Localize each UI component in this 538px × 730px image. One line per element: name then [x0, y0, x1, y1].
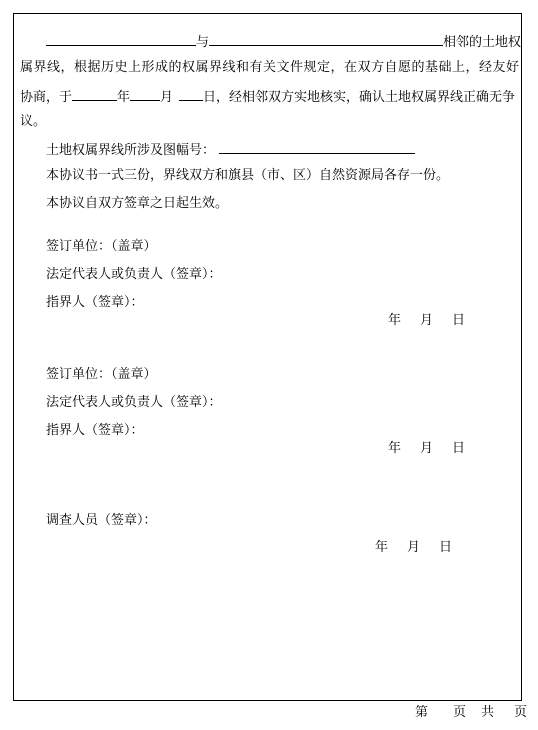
map-sheet-number-blank[interactable] [219, 140, 415, 154]
date-month-label: 月 [420, 312, 433, 327]
legal-representative-label: 法定代表人或负责人（签章）： [46, 394, 521, 409]
copies-clause: 本协议书一式三份，界线双方和旗县（市、区）自然资源局各存一份。 [46, 167, 521, 182]
total-prefix: 共 [481, 704, 494, 719]
party-b-name-blank[interactable] [209, 32, 443, 46]
party-a-name-blank[interactable] [46, 32, 196, 46]
para1-line1: 与 相邻的土地权 [20, 32, 521, 49]
date-day-label: 日 [452, 312, 465, 327]
para1-line3-tail: 日，经相邻双方实地核实，确认土地权属界线正确无争 [203, 89, 515, 104]
page-prefix: 第 [415, 704, 428, 719]
agreement-year-blank[interactable] [72, 87, 117, 101]
month-label: 月 [160, 89, 173, 104]
legal-representative-label: 法定代表人或负责人（签章）： [46, 266, 521, 281]
investigator-label: 调查人员（签章）： [46, 512, 521, 527]
date-year-label: 年 [375, 539, 388, 554]
page-number-footer: 第 页 共 页 [415, 704, 527, 719]
date-day-label: 日 [452, 440, 465, 455]
signing-unit-label: 签订单位：（盖章） [46, 366, 521, 381]
map-sheet-label: 土地权属界线所涉及图幅号： [46, 142, 215, 157]
date-month-label: 月 [407, 539, 420, 554]
agreement-form-page: 与 相邻的土地权 属界线，根据历史上形成的权属界线和有关文件规定，在双方自愿的基… [0, 0, 538, 730]
date-year-label: 年 [388, 440, 401, 455]
date-line: 年 月 日 [375, 539, 452, 554]
total-word: 页 [514, 704, 527, 719]
date-day-label: 日 [439, 539, 452, 554]
date-line: 年 月 日 [388, 312, 465, 327]
para1-line3: 协商，于 年 月 日，经相邻双方实地核实，确认土地权属界线正确无争 [20, 87, 521, 104]
map-sheet-line: 土地权属界线所涉及图幅号： [46, 140, 521, 157]
effective-clause: 本协议自双方签章之日起生效。 [46, 195, 521, 210]
para1-line2: 属界线，根据历史上形成的权属界线和有关文件规定，在双方自愿的基础上，经友好 [20, 59, 521, 74]
agreement-month-blank[interactable] [130, 87, 160, 101]
date-line: 年 月 日 [388, 440, 465, 455]
date-month-label: 月 [420, 440, 433, 455]
boundary-delimiter-label: 指界人（签章）： [46, 422, 521, 437]
boundary-delimiter-label: 指界人（签章）： [46, 294, 521, 309]
para1-line3-prefix: 协商，于 [20, 89, 72, 104]
page-word: 页 [453, 704, 466, 719]
signing-unit-label: 签订单位：（盖章） [46, 238, 521, 253]
para1-line1-tail: 相邻的土地权 [443, 34, 521, 49]
connector-text: 与 [196, 34, 209, 49]
para1-line4: 议。 [20, 113, 521, 128]
year-label: 年 [117, 89, 130, 104]
date-year-label: 年 [388, 312, 401, 327]
agreement-day-blank[interactable] [179, 87, 203, 101]
